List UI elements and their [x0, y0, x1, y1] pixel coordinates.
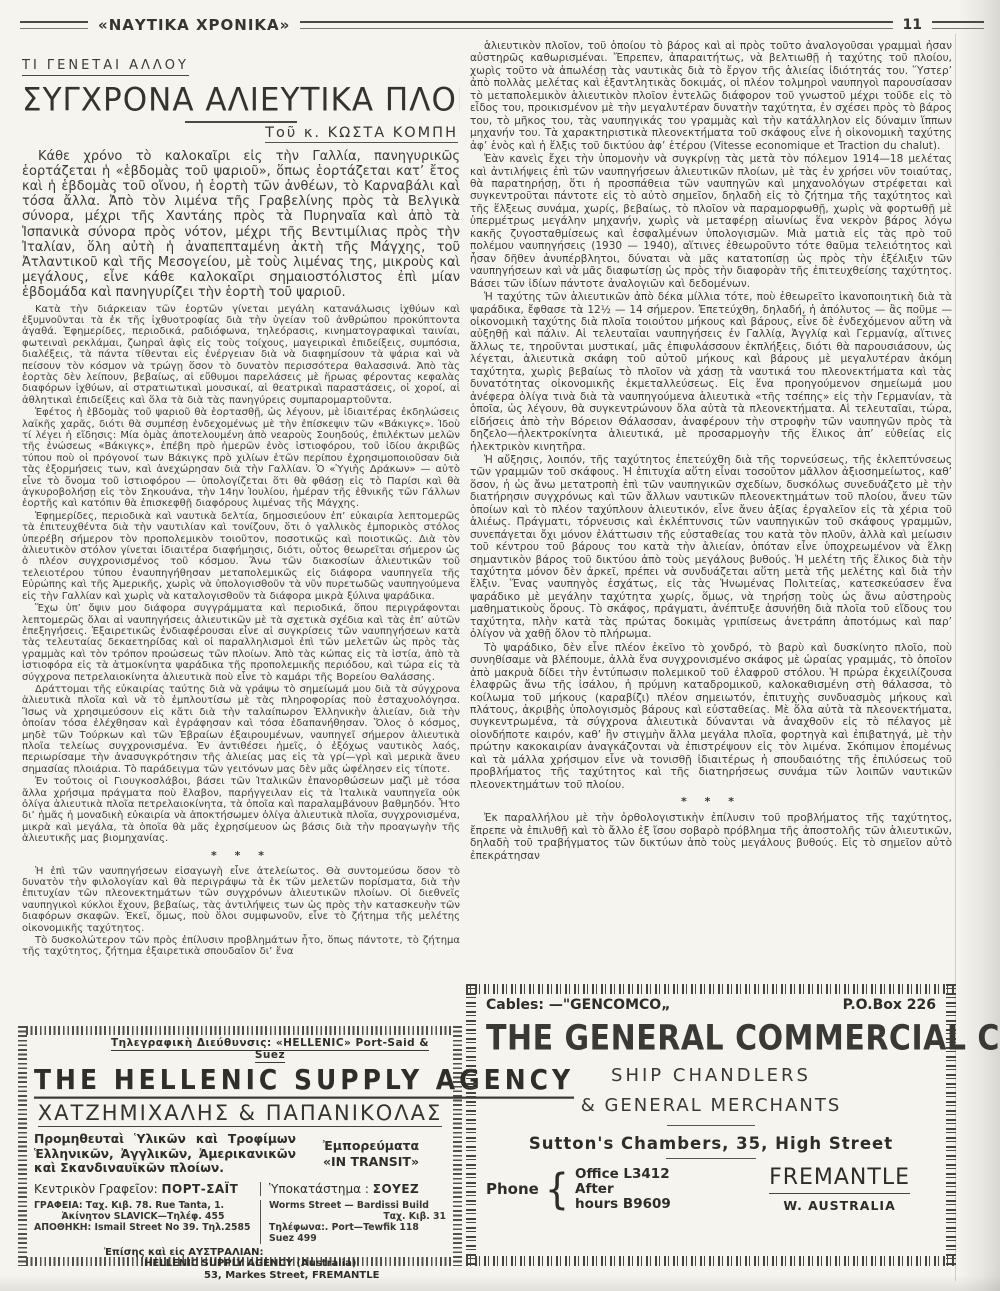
- ad-border: [26, 1026, 454, 1035]
- lead-paragraph: Κάθε χρόνο τὸ καλοκαῖρι εἰς τὴν Γαλλία, …: [22, 149, 460, 301]
- header-rule-center: [300, 21, 892, 29]
- australia-branch: Ἐπίσης καὶ εἰς ΑΥΣΤΡΑΛΙΑΝ: HELLENIC SUPP…: [34, 1247, 446, 1282]
- article-column-left: ΤΙ ΓΕΝΕΤΑΙ ΑΛΛΟΥ ΣΥΓΧΡΟΝΑ ΑΛΙΕΥΤΙΚΑ ΠΛΟΙ…: [22, 54, 460, 1022]
- body-paragraph: Ἡ ταχύτης τῶν ἁλιευτικῶν ἀπὸ δέκα μίλλια…: [470, 291, 952, 453]
- divider: [260, 1182, 261, 1196]
- brace-glyph: {: [545, 1165, 569, 1213]
- body-paragraph: Ἐκ παραλλήλου μὲ τὴν ὀρθολογιστικὴν ἐπίλ…: [470, 812, 952, 862]
- company-line-ship-chandlers: SHIP CHANDLERS: [486, 1065, 936, 1086]
- telegraph-address: Τηλεγραφικὴ Διεύθυνσις: «HELLENIC» Port-…: [94, 1037, 446, 1061]
- body-paragraph: Ἐὰν κανεὶς ἔχει τὴν ὑπομονὴν νὰ συγκρίνῃ…: [470, 153, 952, 290]
- body-paragraph: Τὸ δυσκολώτερον τῶν πρὸς ἐπίλυσιν προβλη…: [22, 935, 460, 958]
- po-box: P.O.Box 226: [843, 997, 936, 1013]
- hellenic-supply-agency-ad: Τηλεγραφικὴ Διεύθυνσις: «HELLENIC» Port-…: [18, 1026, 462, 1266]
- address-underline: [666, 1158, 756, 1159]
- masthead-title: «ΝΑΥΤΙΚΑ ΧΡΟΝΙΚΑ»: [98, 16, 290, 34]
- page-header: «ΝΑΥΤΙΚΑ ΧΡΟΝΙΚΑ» 11: [20, 16, 984, 34]
- branch-office: Ὑποκατάστημα : ΣΟΥΕΖ: [269, 1182, 446, 1196]
- body-paragraph: Ἐφέτος ἡ ἑβδομὰς τοῦ ψαριοῦ θὰ ἑορτασθῇ,…: [22, 407, 460, 510]
- body-paragraph: Ἐν τούτοις οἱ Γιουγκοσλάβοι, βάσει τῶν Ἰ…: [22, 776, 460, 844]
- head-office: Κεντρικὸν Γραφεῖον: ΠΟΡΤ-ΣΑΪΤ: [34, 1182, 252, 1196]
- suez-details: Worms Street — Bardissi Build Ταχ. Κιβ. …: [269, 1200, 446, 1244]
- agency-name: THE HELLENIC SUPPLY AGENCY: [34, 1064, 446, 1096]
- company-line-general-merchants: & GENERAL MERCHANTS: [486, 1095, 936, 1116]
- company-name: THE GENERAL COMMERCIAL CO.: [486, 1018, 936, 1058]
- divider: [260, 1200, 261, 1244]
- body-paragraph: Ἔχω ὑπ’ ὄψιν μου διάφορα συγγράμματα καὶ…: [22, 603, 460, 683]
- ad-border: [453, 1026, 462, 1266]
- paper-edge-shadow-right: [958, 0, 1000, 1291]
- title-underline: [185, 121, 297, 123]
- cables-address: Cables: —"GENCOMCO„: [486, 997, 670, 1013]
- agency-services: Προμηθευταὶ Ὑλικῶν καὶ Τροφίμων Ἑλληνικῶ…: [34, 1132, 296, 1176]
- article-kicker: ΤΙ ΓΕΝΕΤΑΙ ΑΛΛΟΥ: [22, 58, 189, 76]
- city-block: FREMANTLE W. AUSTRALIA: [769, 1165, 910, 1213]
- body-paragraph: Δράττομαι τῆς εὐκαιρίας ταύτης διὰ νὰ γρ…: [22, 684, 460, 775]
- section-separator: * * *: [470, 795, 952, 808]
- divider-rule: [667, 1125, 755, 1126]
- port-said-details: ΓΡΑΦΕΙΑ: Ταχ. Κιβ. 78. Rue Tanta, 1. Ἀκί…: [34, 1200, 252, 1244]
- ad-border: [466, 984, 956, 994]
- body-paragraph: ἁλιευτικὸν πλοῖον, τοῦ ὁποίου τὸ βάρος κ…: [470, 40, 952, 152]
- body-paragraph: Ἡ αὔξησις, λοιπόν, τῆς ταχύτητος ἐπετεύχ…: [470, 454, 952, 641]
- in-transit-note: Ἐμπορεύματα «IN TRANSIT»: [296, 1132, 446, 1176]
- phone-numbers: Phone { Office L3412 After hours B9609: [486, 1167, 671, 1212]
- header-rule-left: [20, 21, 88, 29]
- street-address: Sutton's Chambers, 35, High Street: [486, 1134, 936, 1153]
- section-separator: * * *: [22, 849, 460, 862]
- ad-border: [18, 1026, 27, 1266]
- body-paragraph: Ἐφημερίδες, περιοδικὰ καὶ ναυτικὰ δελτία…: [22, 511, 460, 602]
- body-paragraph: Κατὰ τὴν διάρκειαν τῶν ἑορτῶν γίνεται με…: [22, 304, 460, 407]
- body-paragraph: Ἡ ἐπὶ τῶν ναυπηγήσεων εἰσαγωγὴ εἶνε ἀτελ…: [22, 866, 460, 934]
- article-title: ΣΥΓΧΡΟΝΑ ΑΛΙΕΥΤΙΚΑ ΠΛΟΙΑ: [22, 81, 460, 118]
- article-byline: Τοῦ κ. ΚΩΣΤΑ ΚΟΜΠΗ: [22, 125, 458, 141]
- ad-border: [466, 984, 476, 1266]
- agency-owners: ΧΑΤΖΗΜΙΧΑΛΗΣ & ΠΑΠΑΝΙΚΟΛΑΣ: [34, 1101, 446, 1125]
- general-commercial-ad: Cables: —"GENCOMCO„ P.O.Box 226 THE GENE…: [466, 984, 956, 1266]
- header-rule-right: [932, 21, 984, 29]
- article-column-right: ἁλιευτικὸν πλοῖον, τοῦ ὁποίου τὸ βάρος κ…: [470, 40, 952, 982]
- body-paragraph: Τὸ ψαράδικο, δὲν εἶνε πλέον ἐκεῖνο τὸ χο…: [470, 642, 952, 791]
- ad-border: [466, 1256, 956, 1266]
- magazine-page: { "page": { "masthead": "«ΝΑΥΤΙΚΑ ΧΡΟΝΙΚ…: [0, 0, 1000, 1291]
- page-number: 11: [903, 17, 922, 33]
